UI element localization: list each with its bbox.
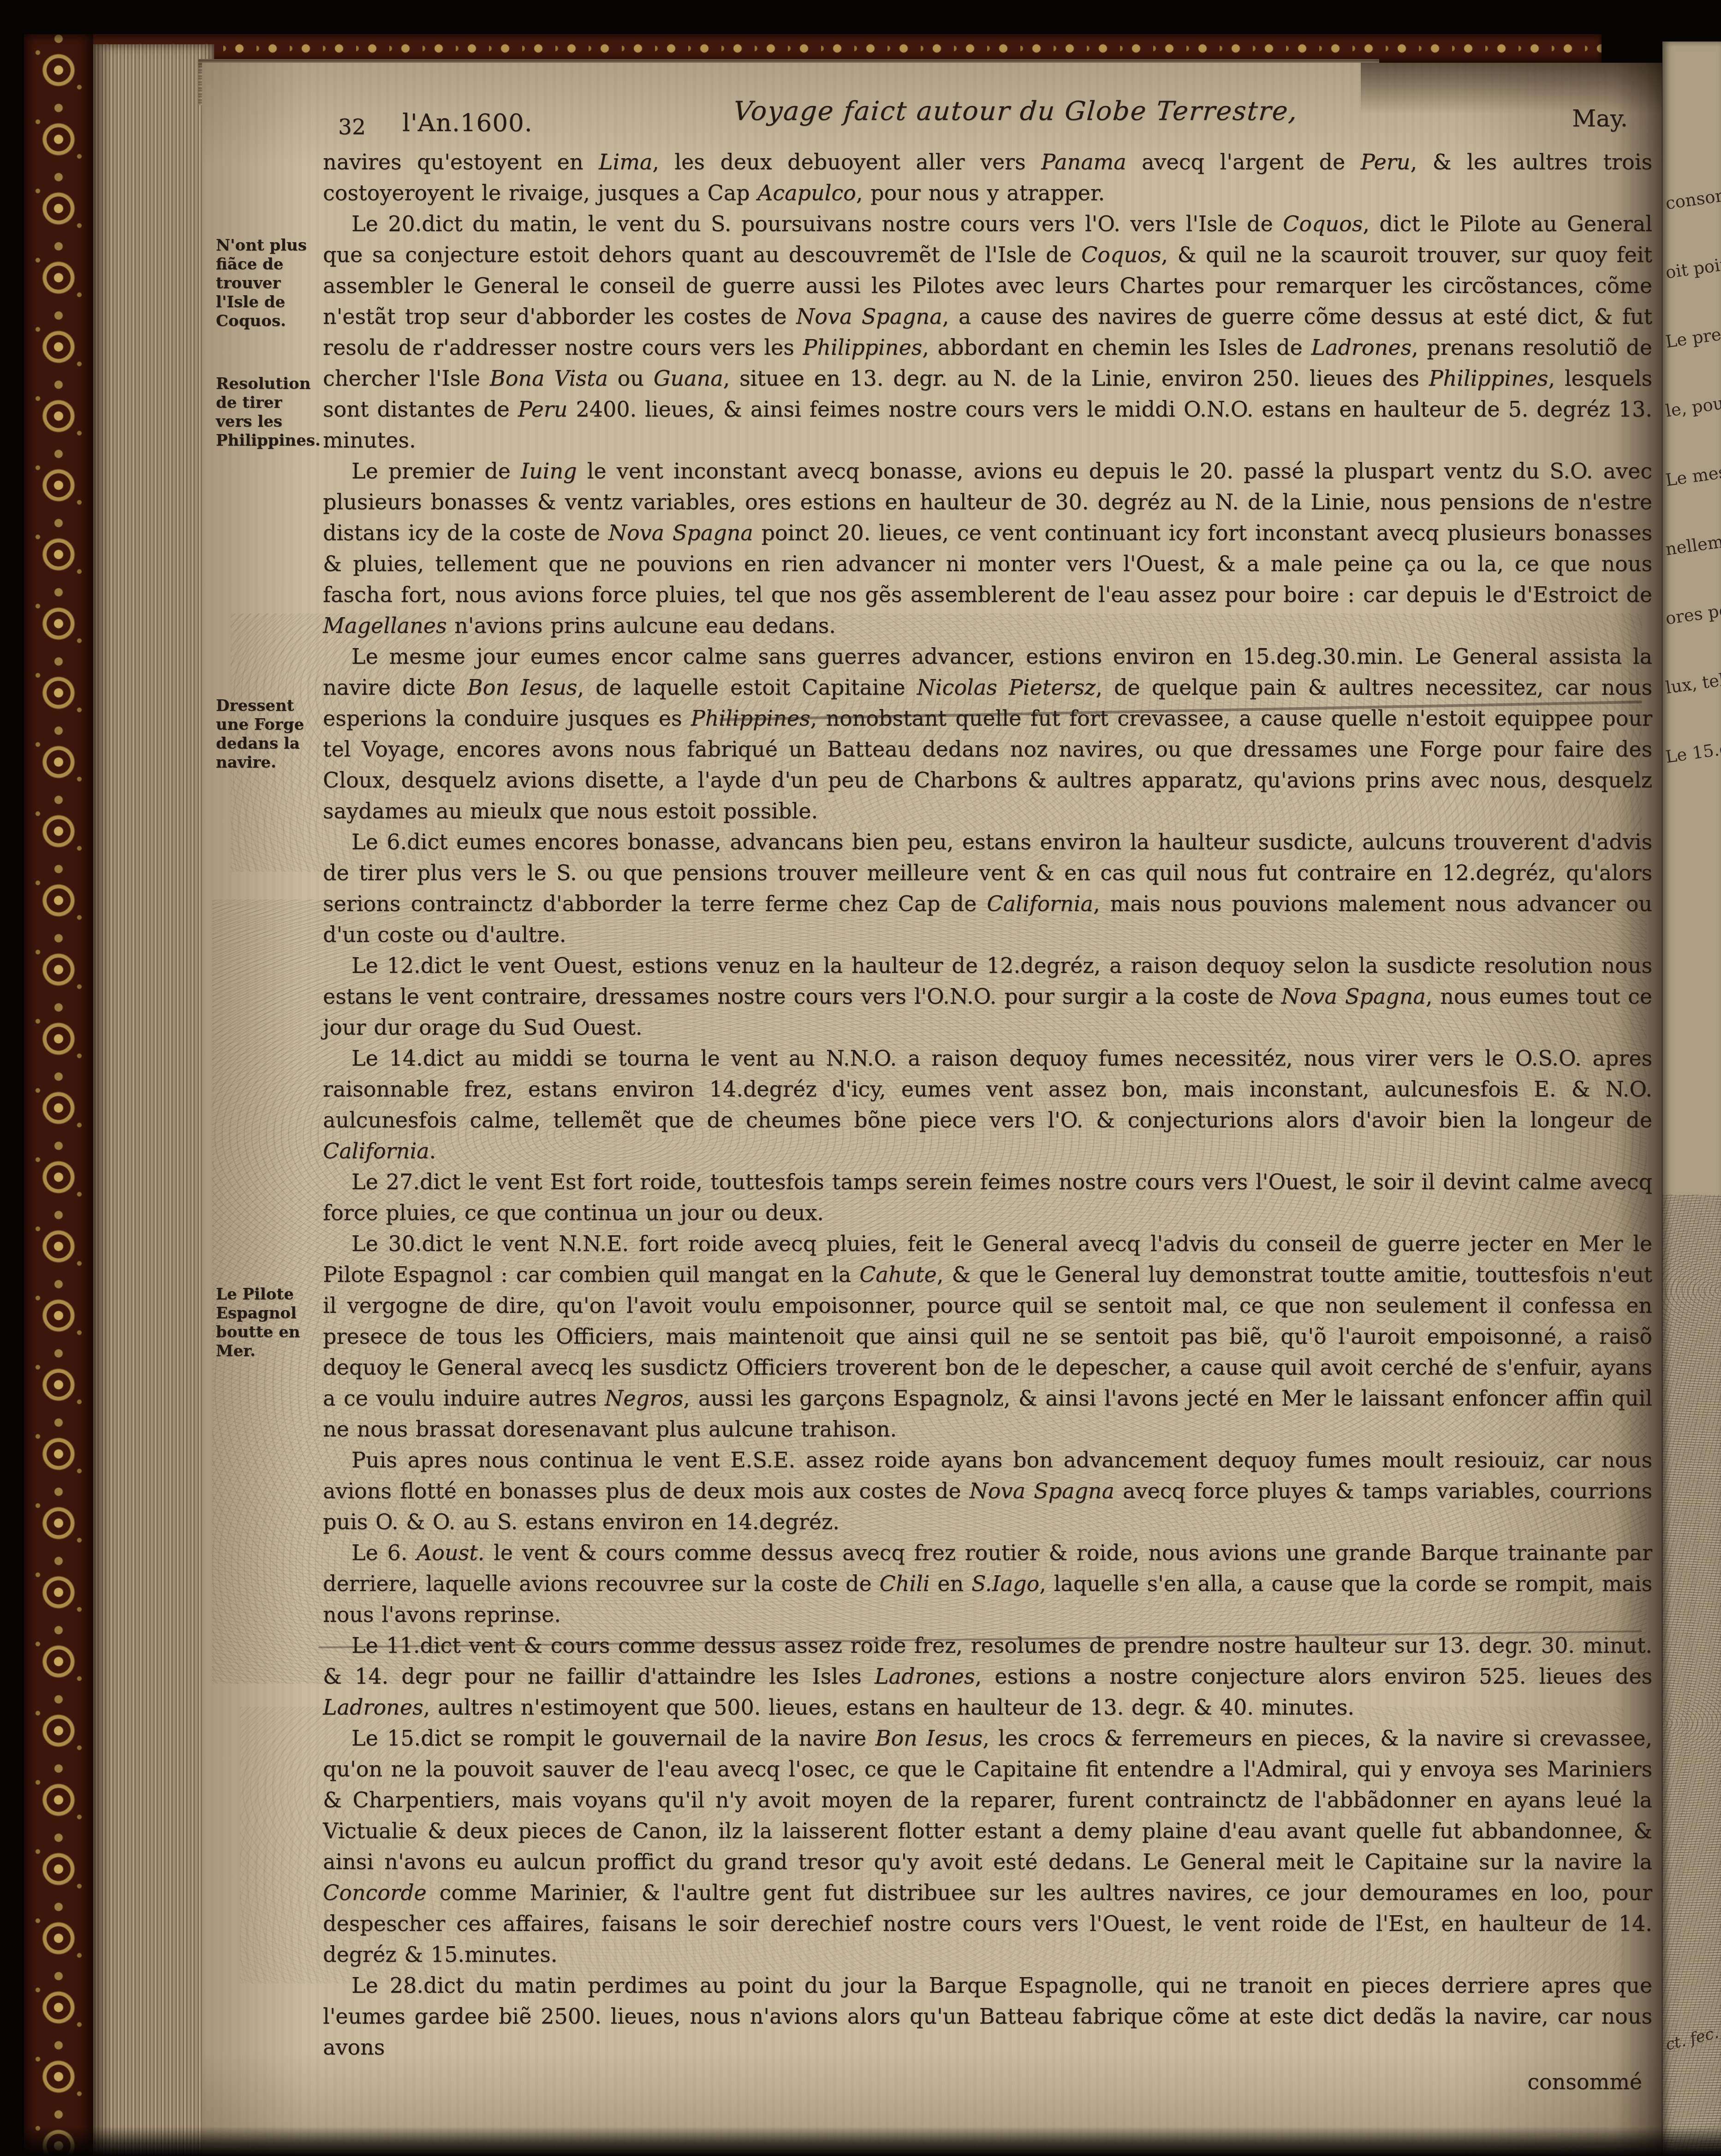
- italic-proper-noun: Magellanes: [323, 613, 447, 638]
- margin-note: Dressent une Forge dedans la navire.: [216, 697, 318, 772]
- italic-proper-noun: Acapulco: [757, 180, 856, 205]
- text-run: n'avions prins aulcune eau dedans.: [447, 613, 836, 638]
- bottom-vignette: [0, 2126, 1721, 2156]
- text-run: Le 27.dict le vent Est fort roide, toutt…: [323, 1169, 1652, 1225]
- text-run: ou: [608, 366, 654, 391]
- italic-proper-noun: Bon Iesus: [875, 1726, 983, 1751]
- italic-proper-noun: Philippines: [803, 335, 922, 360]
- facing-page-fragment: Le 15.dict au: [1664, 732, 1721, 767]
- italic-proper-noun: Ladrones: [875, 1664, 975, 1689]
- text-run: .: [429, 1138, 436, 1163]
- paragraph: Le 27.dict le vent Est fort roide, toutt…: [323, 1167, 1652, 1228]
- italic-proper-noun: Nicolas Pietersz: [917, 675, 1096, 700]
- text-run: navires qu'estoyent en: [323, 149, 599, 174]
- paragraph: Le 6.dict eumes encores bonasse, advanca…: [323, 827, 1652, 950]
- body-text: navires qu'estoyent en Lima, les deux de…: [323, 147, 1652, 2063]
- text-run: comme Marinier, & l'aultre gent fut dist…: [323, 1880, 1652, 1967]
- italic-proper-noun: Cahute: [859, 1262, 937, 1287]
- italic-proper-noun: Lima: [599, 149, 652, 174]
- text-run: , aultres n'estimoyent que 500. lieues, …: [423, 1695, 1354, 1720]
- text-run: Le 14.dict au middi se tourna le vent au…: [323, 1046, 1652, 1132]
- gutter-shadow: [1614, 63, 1665, 2156]
- italic-proper-noun: Nova Spagna: [970, 1478, 1114, 1503]
- facing-page-fragment: nellemen: [1664, 529, 1721, 560]
- italic-proper-noun: Chili: [879, 1571, 929, 1596]
- italic-proper-noun: Aoust.: [417, 1540, 484, 1565]
- text-run: Le 15.dict se rompit le gouvernail de la…: [351, 1726, 875, 1751]
- text-run: Le 6.: [351, 1540, 417, 1565]
- leather-binding-top-band: [24, 34, 1602, 63]
- italic-proper-noun: Peru: [518, 397, 568, 422]
- paragraph: navires qu'estoyent en Lima, les deux de…: [323, 147, 1652, 208]
- paragraph: Le mesme jour eumes encor calme sans gue…: [323, 641, 1652, 827]
- facing-page-fragment: le, pource q: [1664, 387, 1721, 421]
- book-scan-page: 32 l'An.1600. Voyage faict autour du Glo…: [0, 0, 1721, 2156]
- margin-note: Resolution de tirer vers les Philippines…: [216, 375, 318, 450]
- italic-proper-noun: California: [323, 1138, 429, 1163]
- text-run: Le premier de: [351, 459, 521, 483]
- text-run: Le 20.dict du matin, le vent du S. pours…: [351, 211, 1283, 236]
- italic-proper-noun: S.Iago: [971, 1571, 1039, 1596]
- italic-proper-noun: Concorde: [323, 1880, 427, 1905]
- facing-page-fragment: ores pensoy: [1664, 595, 1721, 629]
- italic-proper-noun: Peru: [1361, 149, 1411, 174]
- text-run: , les deux debuoyent aller vers: [652, 149, 1041, 174]
- italic-proper-noun: Bona Vista: [490, 366, 608, 391]
- facing-page-fragment: Le premier: [1664, 319, 1721, 352]
- facing-page-fragment: lux, tellem: [1664, 666, 1721, 698]
- text-run: , pour nous y atrapper.: [856, 180, 1105, 205]
- paragraph: Le 11.dict vent & cours comme dessus ass…: [323, 1630, 1652, 1723]
- italic-proper-noun: Panama: [1041, 149, 1126, 174]
- facing-page-strip: consommé ploit point terrLe premierle, p…: [1662, 42, 1721, 2156]
- paragraph: Le 15.dict se rompit le gouvernail de la…: [323, 1723, 1652, 1970]
- italic-proper-noun: Nova Spagna: [1281, 984, 1426, 1009]
- italic-proper-noun: Nova Spagna: [608, 520, 753, 545]
- italic-proper-noun: Coquos: [1081, 242, 1161, 267]
- italic-proper-noun: Guana: [654, 366, 723, 391]
- facing-page-fragment: oit point terr: [1664, 247, 1721, 282]
- text-run: avecq l'argent de: [1126, 149, 1361, 174]
- italic-proper-noun: Philippines: [1429, 366, 1548, 391]
- text-run: , abbordant en chemin les Isles de: [922, 335, 1311, 360]
- italic-proper-noun: Coquos: [1283, 211, 1363, 236]
- page-number: 32: [338, 114, 366, 140]
- text-run: , de laquelle estoit Capitaine: [577, 675, 917, 700]
- paragraph: Le 12.dict le vent Ouest, estions venuz …: [323, 950, 1652, 1043]
- facing-page-fragment: consommé pl: [1664, 178, 1721, 214]
- paragraph: Le 30.dict le vent N.N.E. fort roide ave…: [323, 1228, 1652, 1445]
- paragraph: Le premier de Iuing le vent inconstant a…: [323, 456, 1652, 641]
- page-edges-left: [93, 44, 214, 2156]
- catchword: consommé: [323, 2069, 1642, 2094]
- italic-proper-noun: Nova Spagna: [796, 304, 942, 329]
- facing-page-engraving-waves: [1662, 1195, 1721, 2156]
- italic-proper-noun: Philippines: [691, 706, 810, 731]
- margin-note: Le Pilote Espagnol boutte en Mer.: [216, 1285, 318, 1361]
- italic-proper-noun: Ladrones: [1311, 335, 1411, 360]
- running-title: Voyage faict autour du Globe Terrestre,: [732, 96, 1299, 126]
- text-run: en: [929, 1571, 971, 1596]
- header-year-label: l'An.1600.: [402, 109, 533, 137]
- italic-proper-noun: Negros: [605, 1386, 683, 1411]
- text-run: , estions a nostre conjecture alors envi…: [975, 1664, 1652, 1689]
- italic-proper-noun: Iuing: [521, 459, 577, 483]
- paragraph: Le 14.dict au middi se tourna le vent au…: [323, 1043, 1652, 1167]
- leather-spine-gold-tooling: [24, 34, 93, 2156]
- facing-page-fragment: Le mesme j: [1664, 457, 1721, 490]
- italic-proper-noun: Bon Iesus: [467, 675, 577, 700]
- margin-note: N'ont plus fiãce de trouver l'Isle de Co…: [216, 236, 318, 331]
- paragraph: Puis apres nous continua le vent E.S.E. …: [323, 1445, 1652, 1537]
- italic-proper-noun: Ladrones: [323, 1695, 423, 1720]
- paragraph: Le 20.dict du matin, le vent du S. pours…: [323, 208, 1652, 456]
- text-run: Le 28.dict du matin perdimes au point du…: [323, 1973, 1652, 2060]
- italic-proper-noun: California: [987, 891, 1093, 916]
- text-run: , situee en 13. degr. au N. de la Linie,…: [723, 366, 1429, 391]
- paragraph: Le 6. Aoust. le vent & cours comme dessu…: [323, 1537, 1652, 1630]
- paragraph: Le 28.dict du matin perdimes au point du…: [323, 1970, 1652, 2063]
